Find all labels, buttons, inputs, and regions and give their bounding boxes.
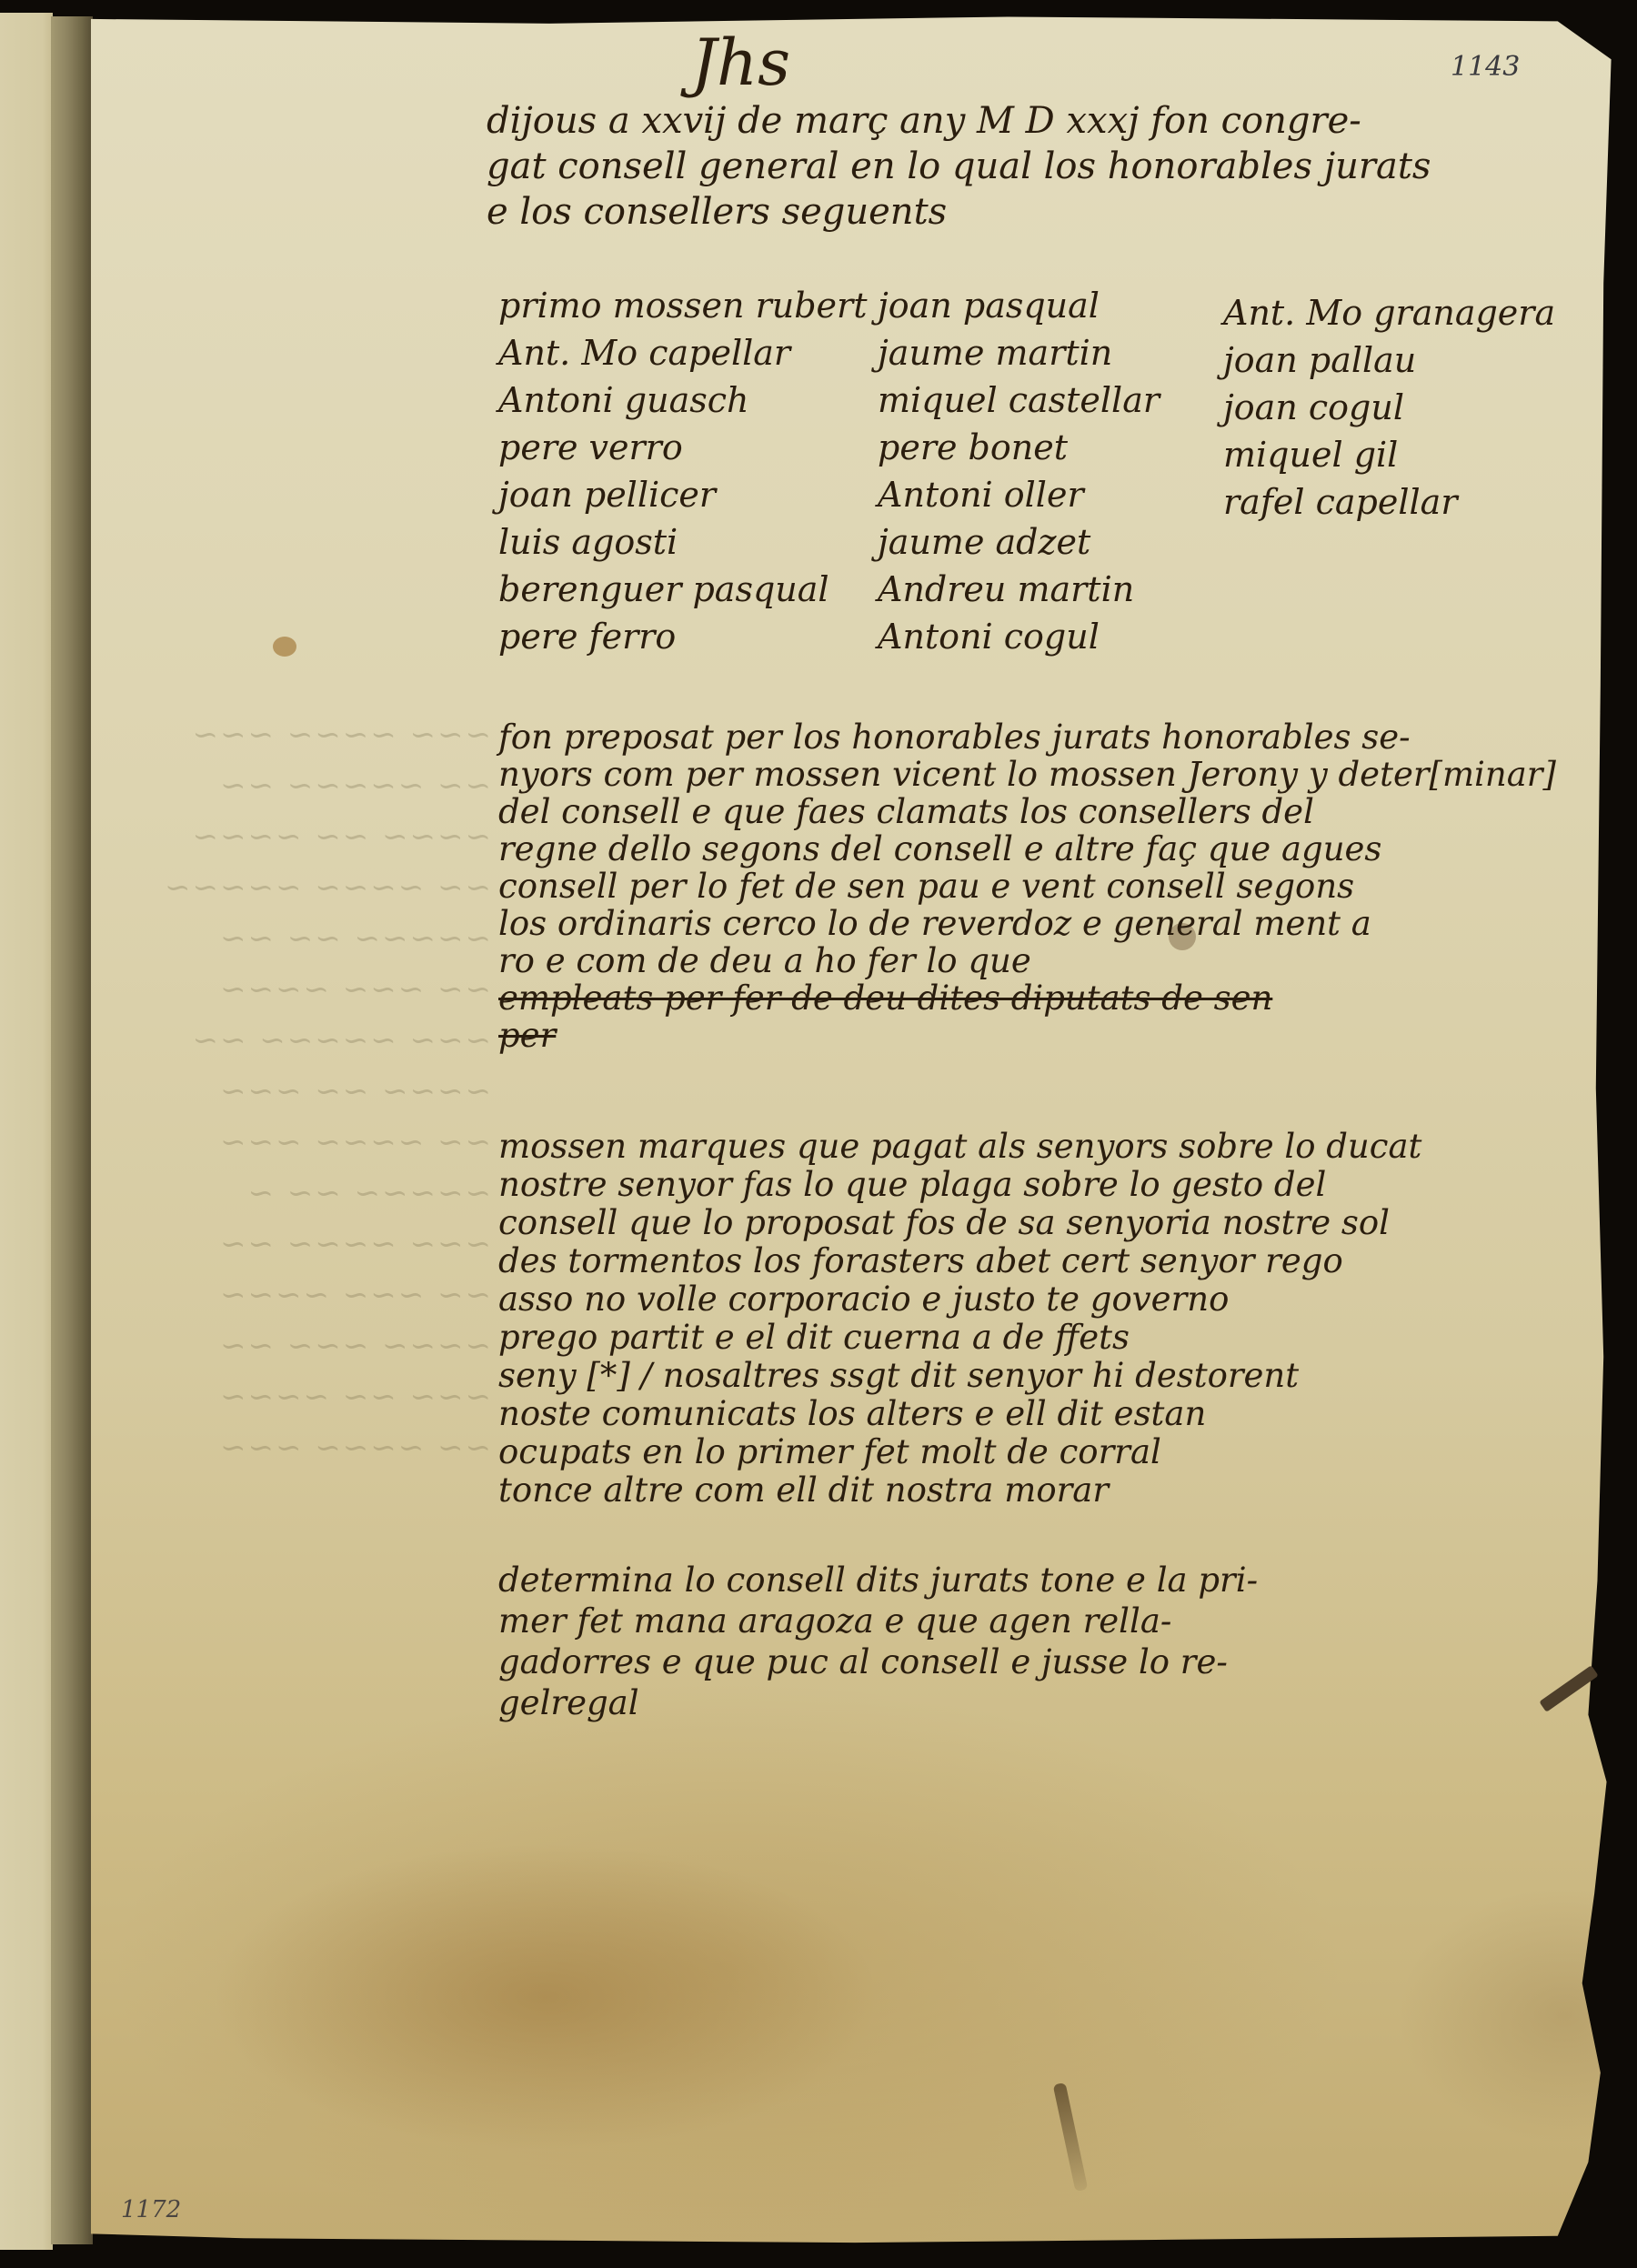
paragraph-determination: determina lo consell dits jurats tone e … (498, 1560, 1581, 1723)
attendee-name: Antoni guasch (498, 376, 867, 424)
attendee-name: joan pellicer (498, 471, 867, 518)
paragraph-line: mossen marques que pagat als senyors sob… (498, 1128, 1581, 1166)
attendee-name: luis agosti (498, 518, 867, 566)
paragraph-line: consell per lo fet de sen pau e vent con… (498, 868, 1581, 905)
paragraph-line: fon preposat per los honorables jurats h… (498, 718, 1581, 756)
paragraph-line: asso no volle corporacio e justo te gove… (498, 1280, 1581, 1319)
paragraph-line: seny [*] / nosaltres ssgt dit senyor hi … (498, 1357, 1581, 1395)
paragraph-line: nyors com per mossen vicent lo mossen Je… (498, 756, 1581, 793)
paragraph-line: prego partit e el dit cuerna a de ffets (498, 1319, 1581, 1357)
attendee-name: jaume adzet (878, 518, 1160, 566)
paragraph-line: del consell e que faes clamats los conse… (498, 793, 1581, 830)
attendee-name: rafel capellar (1223, 478, 1555, 526)
attendee-name: primo mossen rubert (498, 282, 867, 329)
folio-number-bottom: 1172 (121, 2196, 181, 2223)
attendee-name: pere bonet (878, 424, 1160, 471)
chrism-mark: Jhs (691, 25, 790, 100)
attendee-name: jaume martin (878, 329, 1160, 376)
paragraph-proposal: fon preposat per los honorables jurats h… (498, 718, 1581, 1054)
paragraph-line: gadorres e que puc al consell e jusse lo… (498, 1641, 1581, 1682)
paragraph-line: determina lo consell dits jurats tone e … (498, 1560, 1581, 1601)
ink-spot (273, 637, 296, 657)
paragraph-line: regne dello segons del consell e altre f… (498, 830, 1581, 868)
paragraph-line: mer fet mana aragoza e que agen rella- (498, 1601, 1581, 1641)
header-line: gat consell general en lo qual los honor… (487, 144, 1596, 189)
attendee-name: Antoni oller (878, 471, 1160, 518)
attendee-name: Ant. Mo capellar (498, 329, 867, 376)
paragraph-line: noste comunicats los alters e ell dit es… (498, 1395, 1581, 1433)
attendees-column-3: Ant. Mo granagera joan pallau joan cogul… (1223, 289, 1555, 526)
paragraph-deliberation: mossen marques que pagat als senyors sob… (498, 1128, 1581, 1510)
paragraph-line: los ordinaris cerco lo de reverdoz e gen… (498, 905, 1581, 942)
binding-gutter (51, 16, 93, 2244)
attendee-name: pere verro (498, 424, 867, 471)
paragraph-line: tonce altre com ell dit nostra morar (498, 1471, 1581, 1510)
paragraph-line: consell que lo proposat fos de sa senyor… (498, 1204, 1581, 1242)
attendee-name: joan pasqual (878, 282, 1160, 329)
attendee-name: miquel gil (1223, 431, 1555, 478)
attendees-column-2: joan pasqual jaume martin miquel castell… (878, 282, 1160, 660)
header-line: dijous a xxvij de març any M D xxxj fon … (487, 98, 1596, 144)
paragraph-line: ro e com de deu a ho fer lo que (498, 942, 1581, 979)
bleed-through-text: ~~~ ~~~~ ~~~ ~~ ~~~~~ ~~ ~~~~ ~~ ~~~~ ~~… (136, 709, 491, 1528)
attendee-name: joan pallau (1223, 336, 1555, 384)
attendee-name: berenguer pasqual (498, 566, 867, 613)
paragraph-line: nostre senyor fas lo que plaga sobre lo … (498, 1166, 1581, 1204)
paragraph-line: ocupats en lo primer fet molt de corral (498, 1433, 1581, 1471)
attendee-name: joan cogul (1223, 384, 1555, 431)
paragraph-line: gelregal (498, 1682, 1581, 1723)
struck-line: empleats per fer de deu dites diputats d… (498, 979, 1581, 1017)
folio-number-top: 1143 (1451, 51, 1520, 83)
minutes-header: dijous a xxvij de març any M D xxxj fon … (487, 98, 1596, 235)
paragraph-line: des tormentos los forasters abet cert se… (498, 1242, 1581, 1280)
attendee-name: miquel castellar (878, 376, 1160, 424)
attendee-name: Ant. Mo granagera (1223, 289, 1555, 336)
attendees-column-1: primo mossen rubert Ant. Mo capellar Ant… (498, 282, 867, 660)
attendee-name: Andreu martin (878, 566, 1160, 613)
struck-line: per (498, 1017, 1581, 1054)
facing-page-edge (0, 13, 53, 2250)
attendee-name: Antoni cogul (878, 613, 1160, 660)
header-line: e los consellers seguents (487, 189, 1596, 235)
attendee-name: pere ferro (498, 613, 867, 660)
